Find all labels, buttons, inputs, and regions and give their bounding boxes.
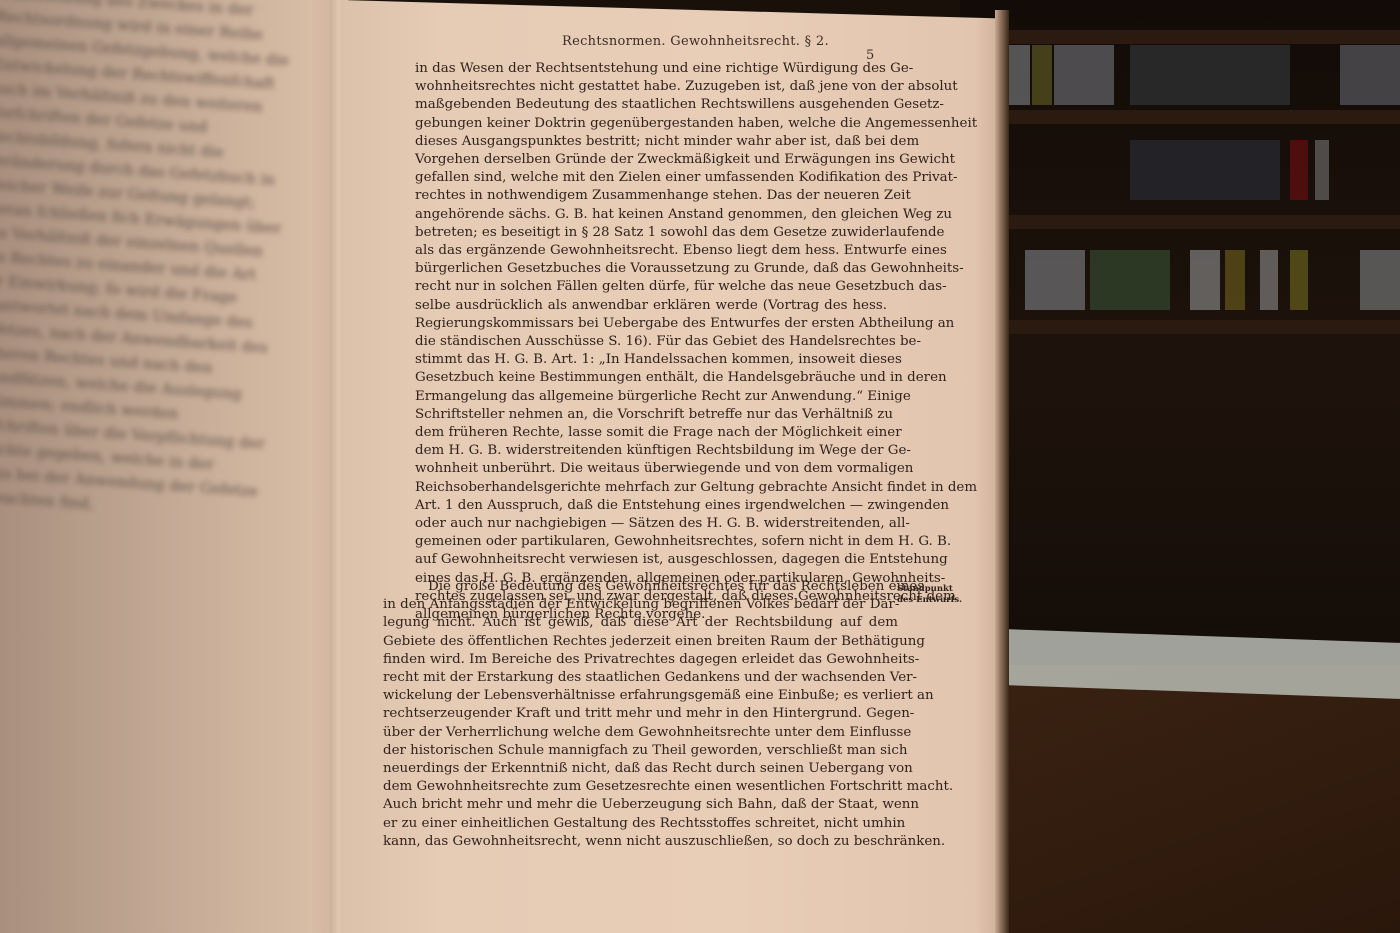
text-line: stimmt das H. G. B. Art. 1: „In Handelss…: [415, 351, 887, 369]
text-line: maßgebenden Bedeutung des staatlichen Re…: [415, 96, 887, 114]
text-line: rechtserzeugender Kraft und tritt mehr u…: [383, 705, 898, 723]
margin-note: Standpunkt des Entwurfs.: [897, 584, 962, 606]
text-line: als das ergänzende Gewohnheitsrecht. Ebe…: [415, 242, 887, 260]
text-line: dem H. G. B. widerstreitenden künftigen …: [415, 442, 887, 460]
shelf-board: [990, 215, 1400, 229]
text-line: recht mit der Erstarkung des staatlichen…: [383, 669, 898, 687]
shelf-board: [990, 30, 1400, 44]
text-line: wohnheit unberührt. Die weitaus überwieg…: [415, 460, 887, 478]
text-line: gefallen sind, welche mit den Zielen ein…: [415, 169, 887, 187]
text-line: über der Verherrlichung welche dem Gewoh…: [383, 724, 898, 742]
text-line: finden wird. Im Bereiche des Privatrecht…: [383, 651, 898, 669]
paragraph-2: Die große Bedeutung des Gewohnheitsrecht…: [383, 578, 898, 851]
shelf-row: [990, 250, 1400, 310]
text-line: wickelung der Lebensverhältnisse erfahru…: [383, 687, 898, 705]
margin-note-line: Standpunkt: [897, 584, 962, 595]
running-head: Rechtsnormen. Gewohnheitsrecht. § 2.: [562, 34, 829, 49]
shelf-board: [990, 320, 1400, 334]
text-line: Gebiete des öffentlichen Rechtes jederze…: [383, 633, 898, 651]
text-line: neuerdings der Erkenntniß nicht, daß das…: [383, 760, 898, 778]
text-line: angehörende sächs. G. B. hat keinen Anst…: [415, 206, 887, 224]
text-line: der historischen Schule mannigfach zu Th…: [383, 742, 898, 760]
shelf-board: [990, 110, 1400, 124]
text-line: recht nur in solchen Fällen gelten dürfe…: [415, 278, 887, 296]
text-line: oder auch nur nachgiebigen — Sätzen des …: [415, 515, 887, 533]
text-line: Regierungskommissars bei Uebergabe des E…: [415, 315, 887, 333]
text-line: Reichsoberhandelsgerichte mehrfach zur G…: [415, 479, 887, 497]
shelf-row: [990, 140, 1400, 200]
text-line: selbe ausdrücklich als anwendbar erkläre…: [415, 297, 887, 315]
text-line: dem Gewohnheitsrechte zum Gesetzesrechte…: [383, 778, 898, 796]
shelf-row: [990, 45, 1400, 105]
text-line: bürgerlichen Gesetzbuches die Voraussetz…: [415, 260, 887, 278]
left-page: Ueberfetzung des Zweckes in der Rechtsor…: [0, 0, 345, 933]
text-line: gebungen keiner Doktrin gegenübergestand…: [415, 115, 887, 133]
wooden-table: [1000, 665, 1400, 933]
paragraph-1: in das Wesen der Rechtsentstehung und ei…: [415, 60, 887, 624]
text-line: Die große Bedeutung des Gewohnheitsrecht…: [383, 578, 898, 596]
text-line: kann, das Gewohnheitsrecht, wenn nicht a…: [383, 833, 898, 851]
text-line: Auch bricht mehr und mehr die Ueberzeugu…: [383, 796, 898, 814]
text-line: legung nicht. Auch ist gewiß, daß diese …: [383, 614, 898, 632]
text-line: Gesetzbuch keine Bestimmungen enthält, d…: [415, 369, 887, 387]
text-line: Ermangelung das allgemeine bürgerliche R…: [415, 388, 887, 406]
text-line: rechtes in nothwendigem Zusammenhange st…: [415, 187, 887, 205]
text-line: betreten; es beseitigt in § 28 Satz 1 so…: [415, 224, 887, 242]
text-line: dieses Ausgangspunktes bestritt; nicht m…: [415, 133, 887, 151]
text-line: die ständischen Ausschüsse S. 16). Für d…: [415, 333, 887, 351]
text-line: in das Wesen der Rechtsentstehung und ei…: [415, 60, 887, 78]
text-line: wohnheitsrechtes nicht gestattet habe. Z…: [415, 78, 887, 96]
left-page-text: Ueberfetzung des Zweckes in der Rechtsor…: [0, 0, 298, 528]
text-line: gemeinen oder partikularen, Gewohnheitsr…: [415, 533, 887, 551]
text-line: Vorgehen derselben Gründe der Zweckmäßig…: [415, 151, 887, 169]
margin-note-line: des Entwurfs.: [897, 595, 962, 606]
text-line: auf Gewohnheitsrecht verwiesen ist, ausg…: [415, 551, 887, 569]
text-line: in den Anfangsstadien der Entwickelung b…: [383, 596, 898, 614]
text-line: Schriftsteller nehmen an, die Vorschrift…: [415, 406, 887, 424]
text-line: dem früheren Rechte, lasse somit die Fra…: [415, 424, 887, 442]
page-edge: [995, 10, 1009, 933]
text-line: er zu einer einheitlichen Gestaltung des…: [383, 815, 898, 833]
text-line: Art. 1 den Ausspruch, daß die Entstehung…: [415, 497, 887, 515]
